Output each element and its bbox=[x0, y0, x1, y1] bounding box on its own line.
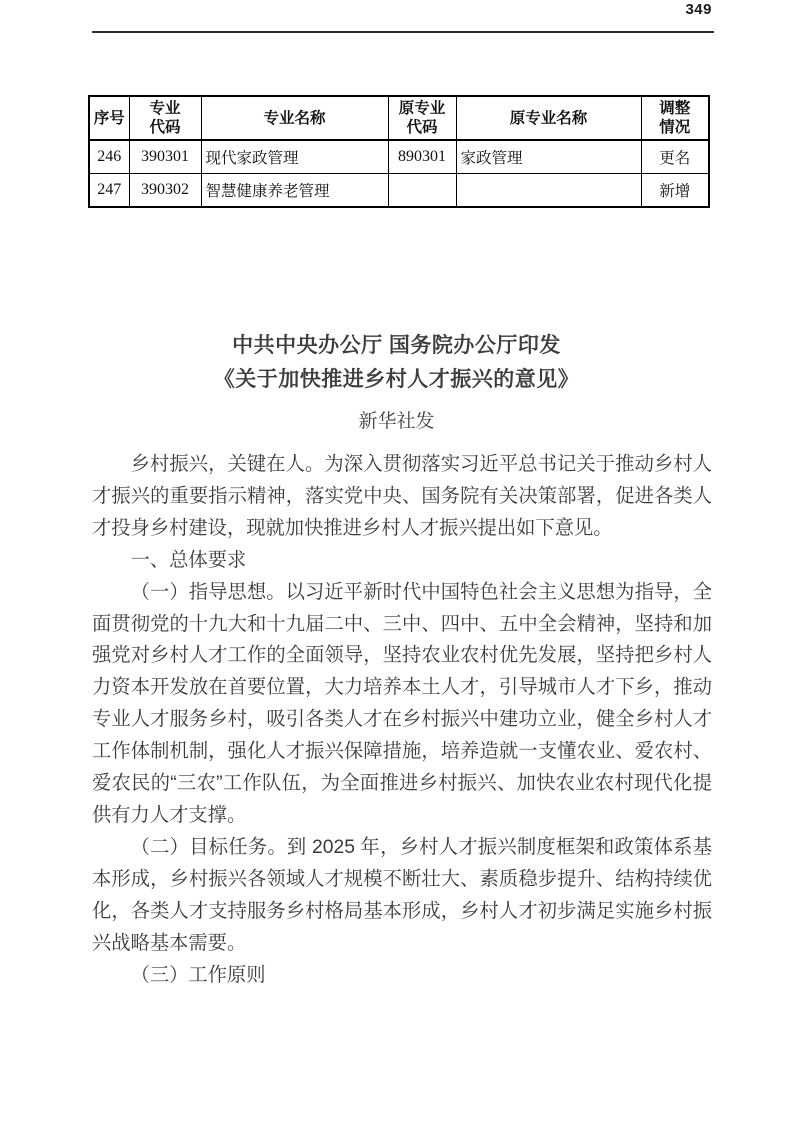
page-number: 349 bbox=[685, 1, 712, 18]
header-cell-old-major-name: 原专业名称 bbox=[456, 96, 641, 140]
table-row: 246 390301 现代家政管理 890301 家政管理 更名 bbox=[89, 140, 709, 174]
table-row: 247 390302 智慧健康养老管理 新增 bbox=[89, 174, 709, 208]
section-heading-overall-requirements: 一、总体要求 bbox=[92, 545, 712, 577]
paragraph-intro: 乡村振兴，关键在人。为深入贯彻落实习近平总书记关于推动乡村人才振兴的重要指示精神… bbox=[92, 449, 712, 545]
byline-xinhua: 新华社发 bbox=[0, 406, 793, 433]
header-cell-old-major-code: 原专业 代码 bbox=[388, 96, 456, 140]
paragraph-work-principles: （三）工作原则 bbox=[92, 960, 712, 992]
cell-serial: 246 bbox=[89, 140, 129, 174]
header-cell-serial: 序号 bbox=[89, 96, 129, 140]
paragraph-guiding-ideology: （一）指导思想。以习近平新时代中国特色社会主义思想为指导，全面贯彻党的十九大和十… bbox=[92, 577, 712, 832]
cell-major-name: 智慧健康养老管理 bbox=[201, 174, 388, 208]
cell-serial: 247 bbox=[89, 174, 129, 208]
header-cell-major-code: 专业 代码 bbox=[129, 96, 201, 140]
cell-major-code: 390301 bbox=[129, 140, 201, 174]
cell-adjustment: 更名 bbox=[641, 140, 709, 174]
paragraph-target-tasks: （二）目标任务。到 2025 年，乡村人才振兴制度框架和政策体系基本形成，乡村振… bbox=[92, 832, 712, 960]
cell-major-code: 390302 bbox=[129, 174, 201, 208]
cell-major-name: 现代家政管理 bbox=[201, 140, 388, 174]
cell-old-major-code: 890301 bbox=[388, 140, 456, 174]
major-adjustment-table: 序号 专业 代码 专业名称 原专业 代码 原专业名称 bbox=[88, 95, 710, 208]
cell-old-major-code bbox=[388, 174, 456, 208]
document-title-line1: 中共中央办公厅 国务院办公厅印发 bbox=[0, 334, 793, 358]
table-header-row: 序号 专业 代码 专业名称 原专业 代码 原专业名称 bbox=[89, 96, 709, 140]
cell-old-major-name bbox=[456, 174, 641, 208]
header-divider-rule bbox=[92, 31, 714, 33]
cell-old-major-name: 家政管理 bbox=[456, 140, 641, 174]
document-title-line2: 《关于加快推进乡村人才振兴的意见》 bbox=[0, 368, 793, 392]
cell-adjustment: 新增 bbox=[641, 174, 709, 208]
header-cell-major-name: 专业名称 bbox=[201, 96, 388, 140]
document-body: 乡村振兴，关键在人。为深入贯彻落实习近平总书记关于推动乡村人才振兴的重要指示精神… bbox=[92, 449, 712, 991]
header-cell-adjustment: 调整 情况 bbox=[641, 96, 709, 140]
document-page: 349 序号 专业 代码 专业名称 bbox=[0, 0, 793, 1122]
